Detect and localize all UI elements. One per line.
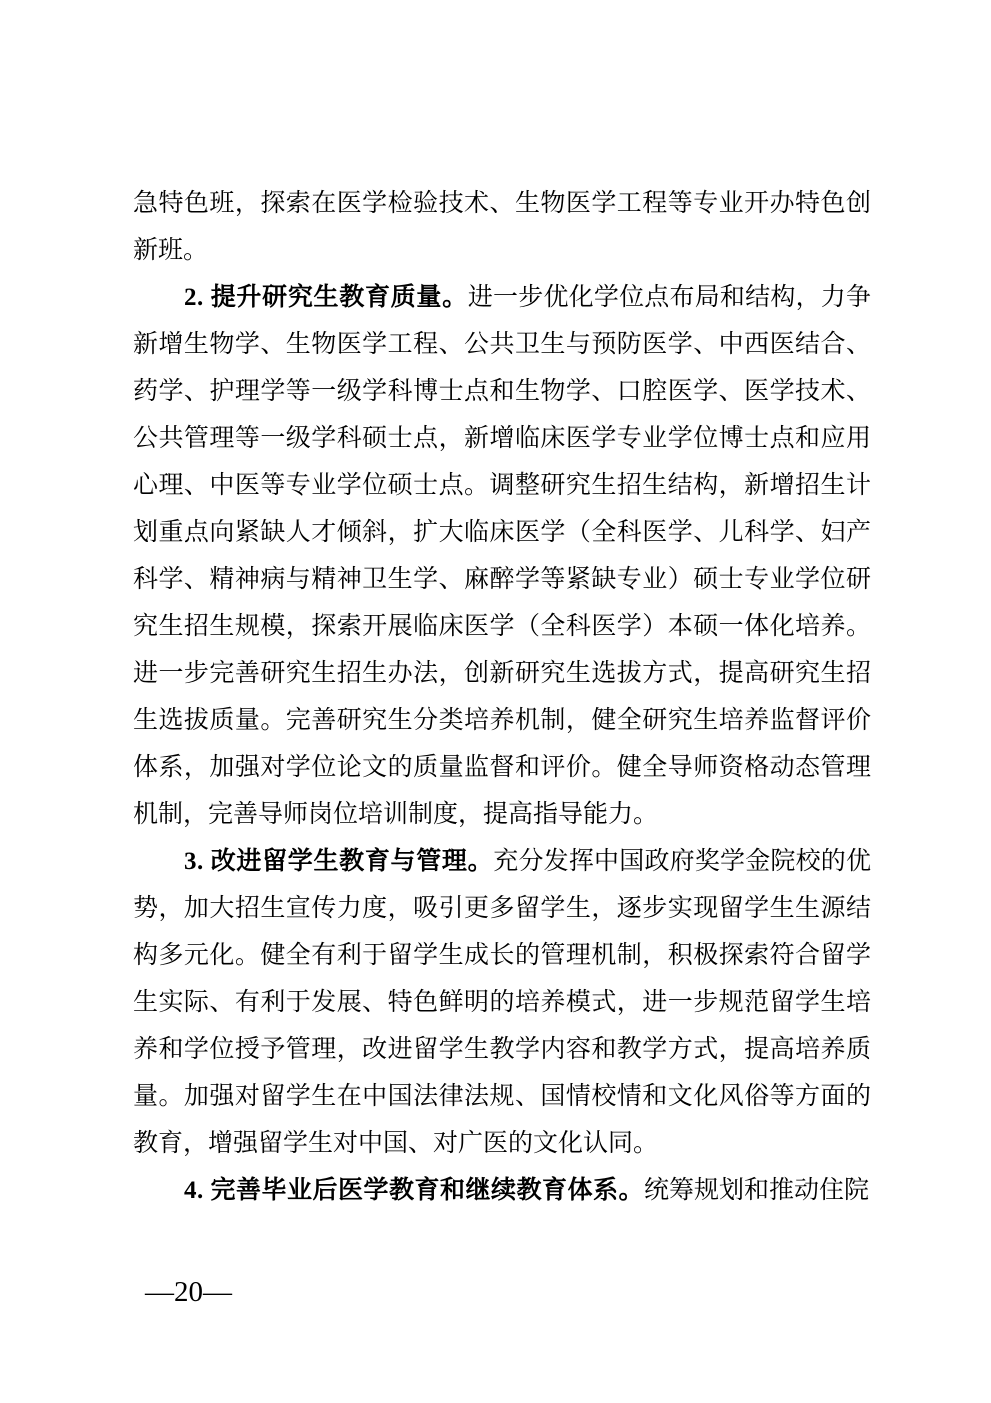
paragraph-continuation: 急特色班，探索在医学检验技术、生物医学工程等专业开办特色创新班。 (133, 180, 871, 274)
paragraph-text: 统筹规划和推动住院 (644, 1177, 869, 1204)
paragraph-heading: 4. 完善毕业后医学教育和继续教育体系。 (184, 1177, 644, 1204)
paragraph-item-2: 2. 提升研究生教育质量。进一步优化学位点布局和结构，力争新增生物学、生物医学工… (133, 274, 871, 838)
document-body: 急特色班，探索在医学检验技术、生物医学工程等专业开办特色创新班。 2. 提升研究… (133, 180, 871, 1214)
page-number: —20— (145, 1272, 232, 1312)
paragraph-text: 急特色班，探索在医学检验技术、生物医学工程等专业开办特色创新班。 (133, 190, 871, 264)
paragraph-heading: 2. 提升研究生教育质量。 (184, 284, 468, 311)
paragraph-item-4: 4. 完善毕业后医学教育和继续教育体系。统筹规划和推动住院 (133, 1167, 871, 1214)
page-number-text: —20— (145, 1276, 232, 1308)
paragraph-text: 进一步优化学位点布局和结构，力争新增生物学、生物医学工程、公共卫生与预防医学、中… (133, 284, 871, 828)
paragraph-text: 充分发挥中国政府奖学金院校的优势，加大招生宣传力度，吸引更多留学生，逐步实现留学… (133, 848, 871, 1157)
paragraph-heading: 3. 改进留学生教育与管理。 (184, 848, 493, 875)
paragraph-item-3: 3. 改进留学生教育与管理。充分发挥中国政府奖学金院校的优势，加大招生宣传力度，… (133, 838, 871, 1167)
document-page: 急特色班，探索在医学检验技术、生物医学工程等专业开办特色创新班。 2. 提升研究… (0, 0, 991, 1403)
